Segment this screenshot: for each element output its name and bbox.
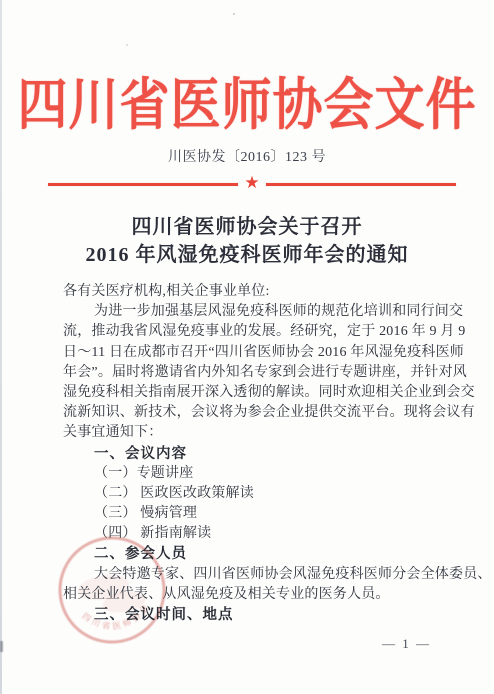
body-line: 流新知识、新技术，会议将为参会企业提供交流平台。现将会议有	[63, 403, 455, 423]
list-item: （二） 医政医改政策解读	[63, 484, 455, 504]
section-heading-1: 一、会议内容	[63, 444, 455, 464]
section-heading-3: 三、会议时间、地点	[63, 605, 455, 625]
scan-smudge	[0, 641, 3, 652]
scan-speck	[126, 44, 128, 46]
list-item: （一）专题讲座	[63, 464, 455, 484]
header-divider: ★	[48, 177, 456, 191]
page-number: — 1 —	[382, 636, 431, 652]
star-icon: ★	[244, 175, 259, 192]
notice-title-line1: 四川省医师协会关于召开	[0, 213, 494, 241]
section-heading-2: 二、参会人员	[63, 544, 455, 564]
body-line: 流，推动我省风湿免疫事业的发展。经研究，定于 2016 年 9 月 9	[63, 322, 455, 342]
list-item: （四） 新指南解读	[63, 524, 455, 544]
body-line: 大会特邀专家、四川省医师协会风湿免疫科医师分会全体委员、	[63, 565, 455, 585]
salutation: 各有关医疗机构,相关企事业单位:	[63, 282, 455, 302]
document-number: 川医协发〔2016〕123 号	[0, 146, 494, 166]
body-line: 日～11 日在成都市召开“四川省医师协会 2016 年风湿免疫科医师	[63, 343, 455, 363]
body-line: 相关企业代表、从风湿免疫及相关专业的医务人员。	[63, 585, 455, 605]
letterhead-title: 四川省医师协会文件	[0, 60, 494, 141]
divider-line-left	[48, 183, 238, 186]
list-item: （三） 慢病管理	[63, 504, 455, 524]
divider-line-right	[266, 183, 456, 186]
body-line: 为进一步加强基层风湿免疫科医师的规范化培训和同行间交	[63, 302, 455, 322]
document-body: 各有关医疗机构,相关企事业单位: 为进一步加强基层风湿免疫科医师的规范化培训和同…	[63, 282, 455, 625]
body-line: 关事宜通知下：	[63, 423, 455, 443]
body-line: 年会”。届时将邀请省内外知名专家到会进行专题讲座，并针对风	[63, 363, 455, 383]
document-page: 四川省医师协会文件 川医协发〔2016〕123 号 ★ 四川省医师协会关于召开 …	[0, 0, 494, 694]
notice-title-line2: 2016 年风湿免疫科医师年会的通知	[0, 241, 494, 269]
body-line: 湿免疫科相关指南展开深入透彻的解读。同时欢迎相关企业到会交	[63, 383, 455, 403]
notice-title: 四川省医师协会关于召开 2016 年风湿免疫科医师年会的通知	[0, 213, 494, 269]
scan-speck	[233, 13, 235, 15]
